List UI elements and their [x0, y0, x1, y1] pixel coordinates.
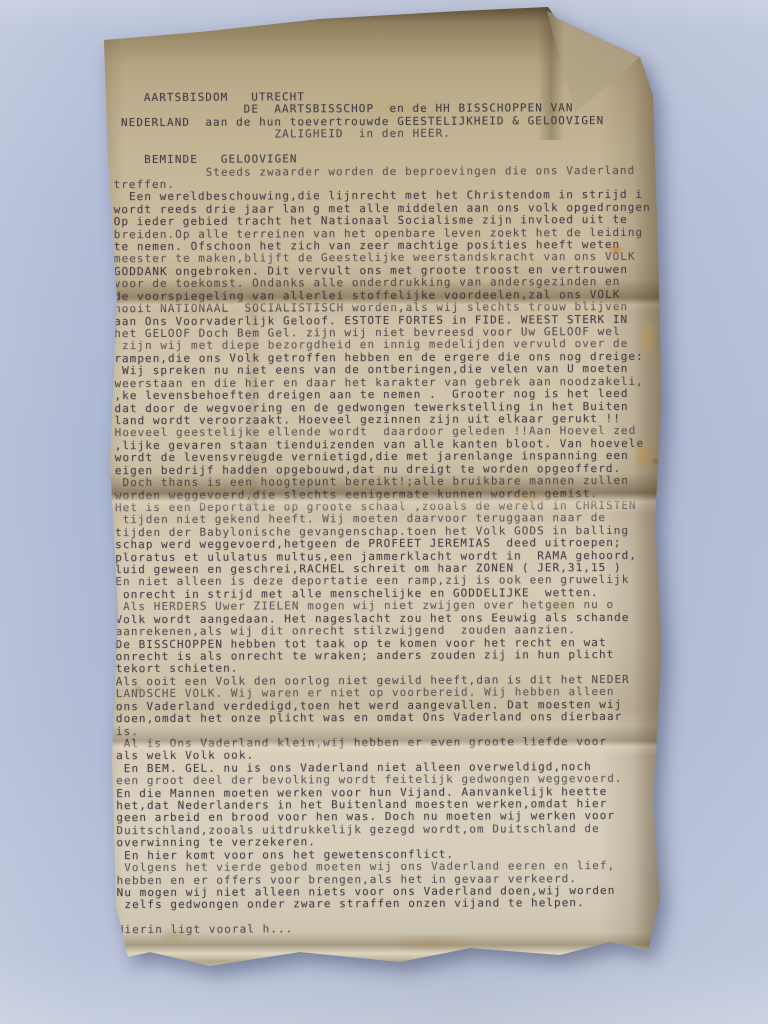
stain: [387, 933, 477, 953]
letter-line: hebben en er offers voor brengen,als het…: [117, 872, 651, 887]
letter-line: zijn wij met diepe bezorgdheid en innig …: [114, 338, 648, 353]
paper-top-edge-shadow: [95, 5, 667, 65]
letter-line: Als HERDERS Uwer ZIELEN mogen wij niet z…: [115, 599, 649, 614]
letter-line: treffen.: [114, 177, 648, 192]
letter-line: aanrekenen,als wij dit onrecht stilzwijg…: [115, 624, 649, 639]
letter-line: LANDSCHE VOLK. Wij waren er niet op voor…: [116, 686, 650, 701]
letter-line: weerstaan en die hier en daar het karakt…: [114, 376, 648, 391]
letter-line: voor de toekomst. Ondanks alle onderdruk…: [114, 276, 648, 291]
letter-line: meester te maken,blijft de Geestelijke w…: [114, 251, 648, 266]
letter-line: Hierin ligt vooral h...: [117, 922, 651, 937]
letter-text: AARTSBISDOM UTRECHT DE AARTSBISSCHOP en …: [113, 90, 651, 937]
letter-line: Hoeveel geestelijke ellende wordt daardo…: [115, 425, 649, 440]
letter-line: breiden.Op alle terreinen van het openba…: [114, 226, 648, 241]
letter-paper-wrap: AARTSBISDOM UTRECHT DE AARTSBISSCHOP en …: [95, 5, 667, 973]
letter-line: is.: [116, 723, 650, 738]
fold-crease-bottom: [95, 933, 667, 967]
letter-paper: AARTSBISDOM UTRECHT DE AARTSBISSCHOP en …: [95, 5, 667, 973]
letter-line: Duitschland,zooals uitdrukkelijk gezegd …: [116, 823, 650, 838]
letter-line: zelfs gedwongen onder zware straffen onz…: [117, 897, 651, 912]
photo-background: AARTSBISDOM UTRECHT DE AARTSBISSCHOP en …: [0, 0, 768, 1024]
letter-line: een groot deel der bevolking wordt feite…: [116, 773, 650, 788]
stain: [651, 457, 660, 466]
letter-line: Doch thans is een hoogtepunt bereikt!;al…: [115, 475, 649, 490]
letter-line: ZALIGHEID in den HEER.: [113, 127, 647, 142]
letter-line: En niet alleen is deze deportatie een ra…: [115, 574, 649, 589]
letter-line: tijden der Babylonische gevangenschap.to…: [115, 525, 649, 540]
